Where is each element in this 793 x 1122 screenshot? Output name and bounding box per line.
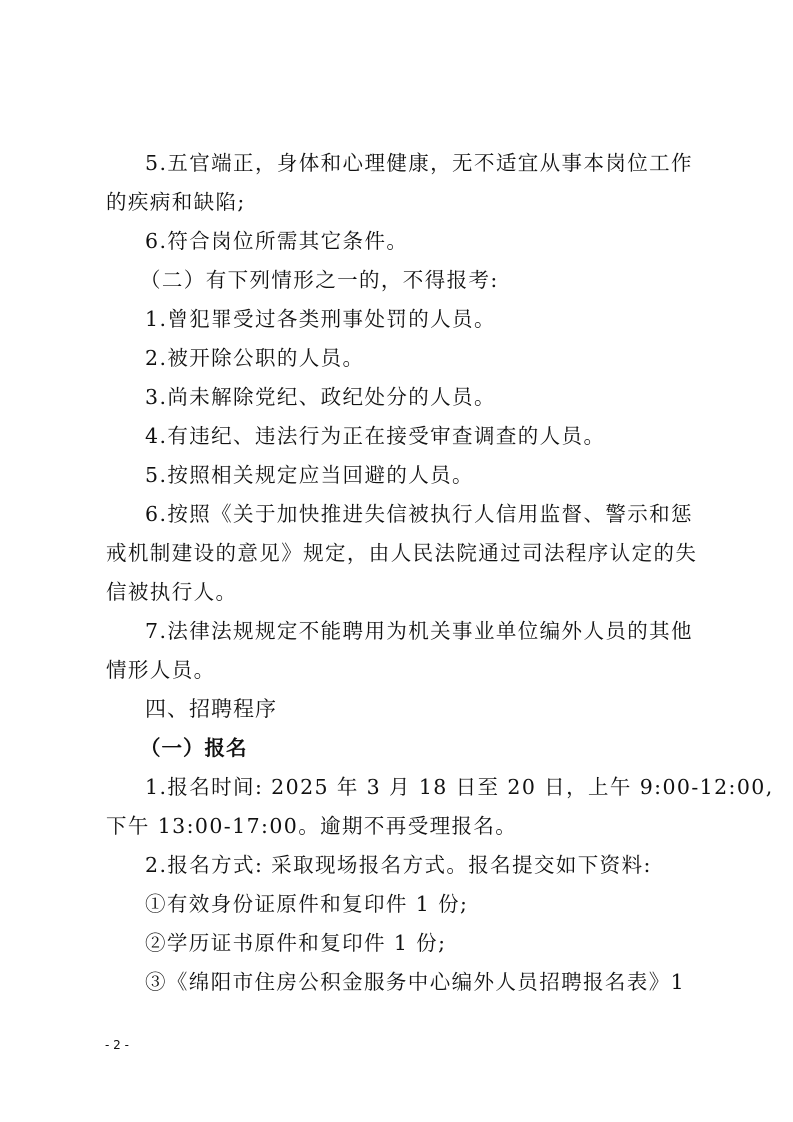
paragraph-line: 6.符合岗位所需其它条件。 <box>145 228 408 254</box>
list-item: ②学历证书原件和复印件 1 份; <box>145 930 446 956</box>
section-heading: 四、招聘程序 <box>145 696 277 722</box>
list-item: ③《绵阳市住房公积金服务中心编外人员招聘报名表》1 <box>145 969 685 995</box>
paragraph-line: 下午 13:00-17:00。逾期不再受理报名。 <box>106 813 517 839</box>
paragraph-line: 戒机制建设的意见》规定，由人民法院通过司法程序认定的失 <box>106 540 697 566</box>
paragraph-line: 信被执行人。 <box>106 579 237 605</box>
list-item: 5.按照相关规定应当回避的人员。 <box>145 462 474 488</box>
document-page: 5.五官端正，身体和心理健康，无不适宜从事本岗位工作 的疾病和缺陷; 6.符合岗… <box>0 0 793 1122</box>
list-item: 6.按照《关于加快推进失信被执行人信用监督、警示和惩 <box>145 501 693 527</box>
subsection-heading: （一）报名 <box>140 735 248 761</box>
paragraph-line: 情形人员。 <box>106 657 216 683</box>
list-item: ①有效身份证原件和复印件 1 份; <box>145 891 468 917</box>
subsection-title: （二）有下列情形之一的，不得报考: <box>140 267 499 293</box>
list-item: 2.被开除公职的人员。 <box>145 345 364 371</box>
list-item: 3.尚未解除党纪、政纪处分的人员。 <box>145 384 496 410</box>
paragraph-line: 的疾病和缺陷; <box>106 189 246 215</box>
list-item: 1.报名时间: 2025 年 3 月 18 日至 20 日，上午 9:00-12… <box>145 774 774 800</box>
paragraph-line: 5.五官端正，身体和心理健康，无不适宜从事本岗位工作 <box>145 150 693 176</box>
list-item: 1.曾犯罪受过各类刑事处罚的人员。 <box>145 306 496 332</box>
list-item: 7.法律法规规定不能聘用为机关事业单位编外人员的其他 <box>145 618 693 644</box>
list-item: 4.有违纪、违法行为正在接受审查调查的人员。 <box>145 423 605 449</box>
list-item: 2.报名方式: 采取现场报名方式。报名提交如下资料: <box>145 852 652 878</box>
page-number: - 2 - <box>105 1038 129 1052</box>
